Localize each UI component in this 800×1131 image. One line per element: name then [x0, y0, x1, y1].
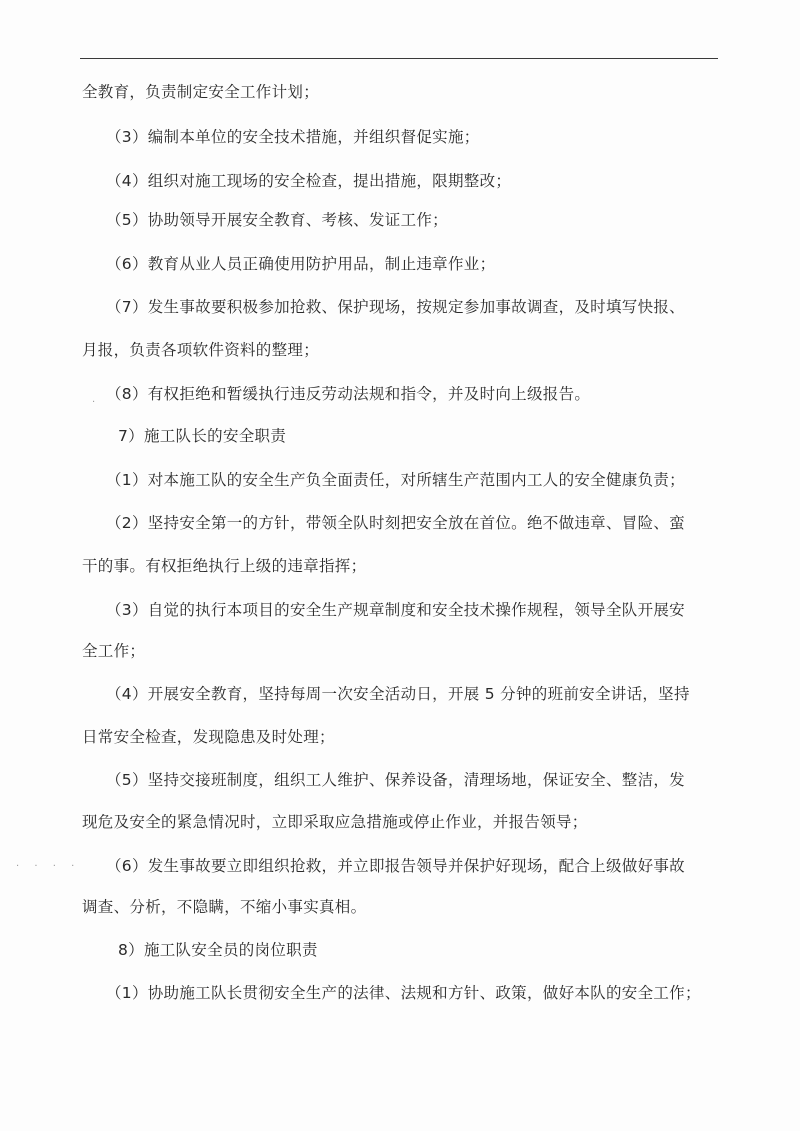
text-line: （4）开展安全教育，坚持每周一次安全活动日，开展 5 分钟的班前安全讲话，坚持 — [106, 684, 690, 704]
text-line: 月报，负责各项软件资料的整理； — [82, 340, 319, 360]
scan-speck: . . . . — [16, 858, 80, 869]
text-line: （5）坚持交接班制度，组织工人维护、保养设备，清理场地，保证安全、整洁，发 — [106, 770, 685, 790]
text-line: 调查、分析，不隐瞒，不缩小事实真相。 — [82, 897, 366, 917]
text-line: 现危及安全的紧急情况时，立即采取应急措施或停止作业，并报告领导； — [82, 812, 588, 832]
text-line: （6）发生事故要立即组织抢救，并立即报告领导并保护好现场，配合上级做好事故 — [106, 856, 685, 876]
text-line: （8）有权拒绝和暂缓执行违反劳动法规和指令，并及时向上级报告。 — [106, 384, 590, 404]
text-line: （6）教育从业人员正确使用防护用品，制止违章作业； — [106, 254, 495, 274]
text-line: （4）组织对施工现场的安全检查，提出措施，限期整改； — [106, 171, 511, 191]
section-heading: 7）施工队长的安全职责 — [118, 426, 286, 446]
text-line: （7）发生事故要积极参加抢救、保护现场，按规定参加事故调查，及时填写快报、 — [106, 297, 685, 317]
scan-speck: . — [92, 394, 95, 405]
text-line: （1）对本施工队的安全生产负全面责任，对所辖生产范围内工人的安全健康负责； — [106, 470, 685, 490]
text-line: 干的事。有权拒绝执行上级的违章指挥； — [82, 556, 366, 576]
text-line: （1）协助施工队长贯彻安全生产的法律、法规和方针、政策，做好本队的安全工作； — [106, 983, 701, 1003]
text-line: 日常安全检查，发现隐患及时处理； — [82, 727, 335, 747]
text-line: 全工作； — [82, 641, 145, 661]
text-line: （3）编制本单位的安全技术措施，并组织督促实施； — [106, 127, 480, 147]
text-line: （5）协助领导开展安全教育、考核、发证工作； — [106, 210, 448, 230]
text-line: （2）坚持安全第一的方针，带领全队时刻把安全放在首位。绝不做违章、冒险、蛮 — [106, 513, 685, 533]
section-heading: 8）施工队安全员的岗位职责 — [118, 940, 318, 960]
text-line: 全教育，负责制定安全工作计划； — [82, 82, 319, 102]
header-rule — [80, 58, 718, 59]
text-line: （3）自觉的执行本项目的安全生产规章制度和安全技术操作规程，领导全队开展安 — [106, 600, 685, 620]
